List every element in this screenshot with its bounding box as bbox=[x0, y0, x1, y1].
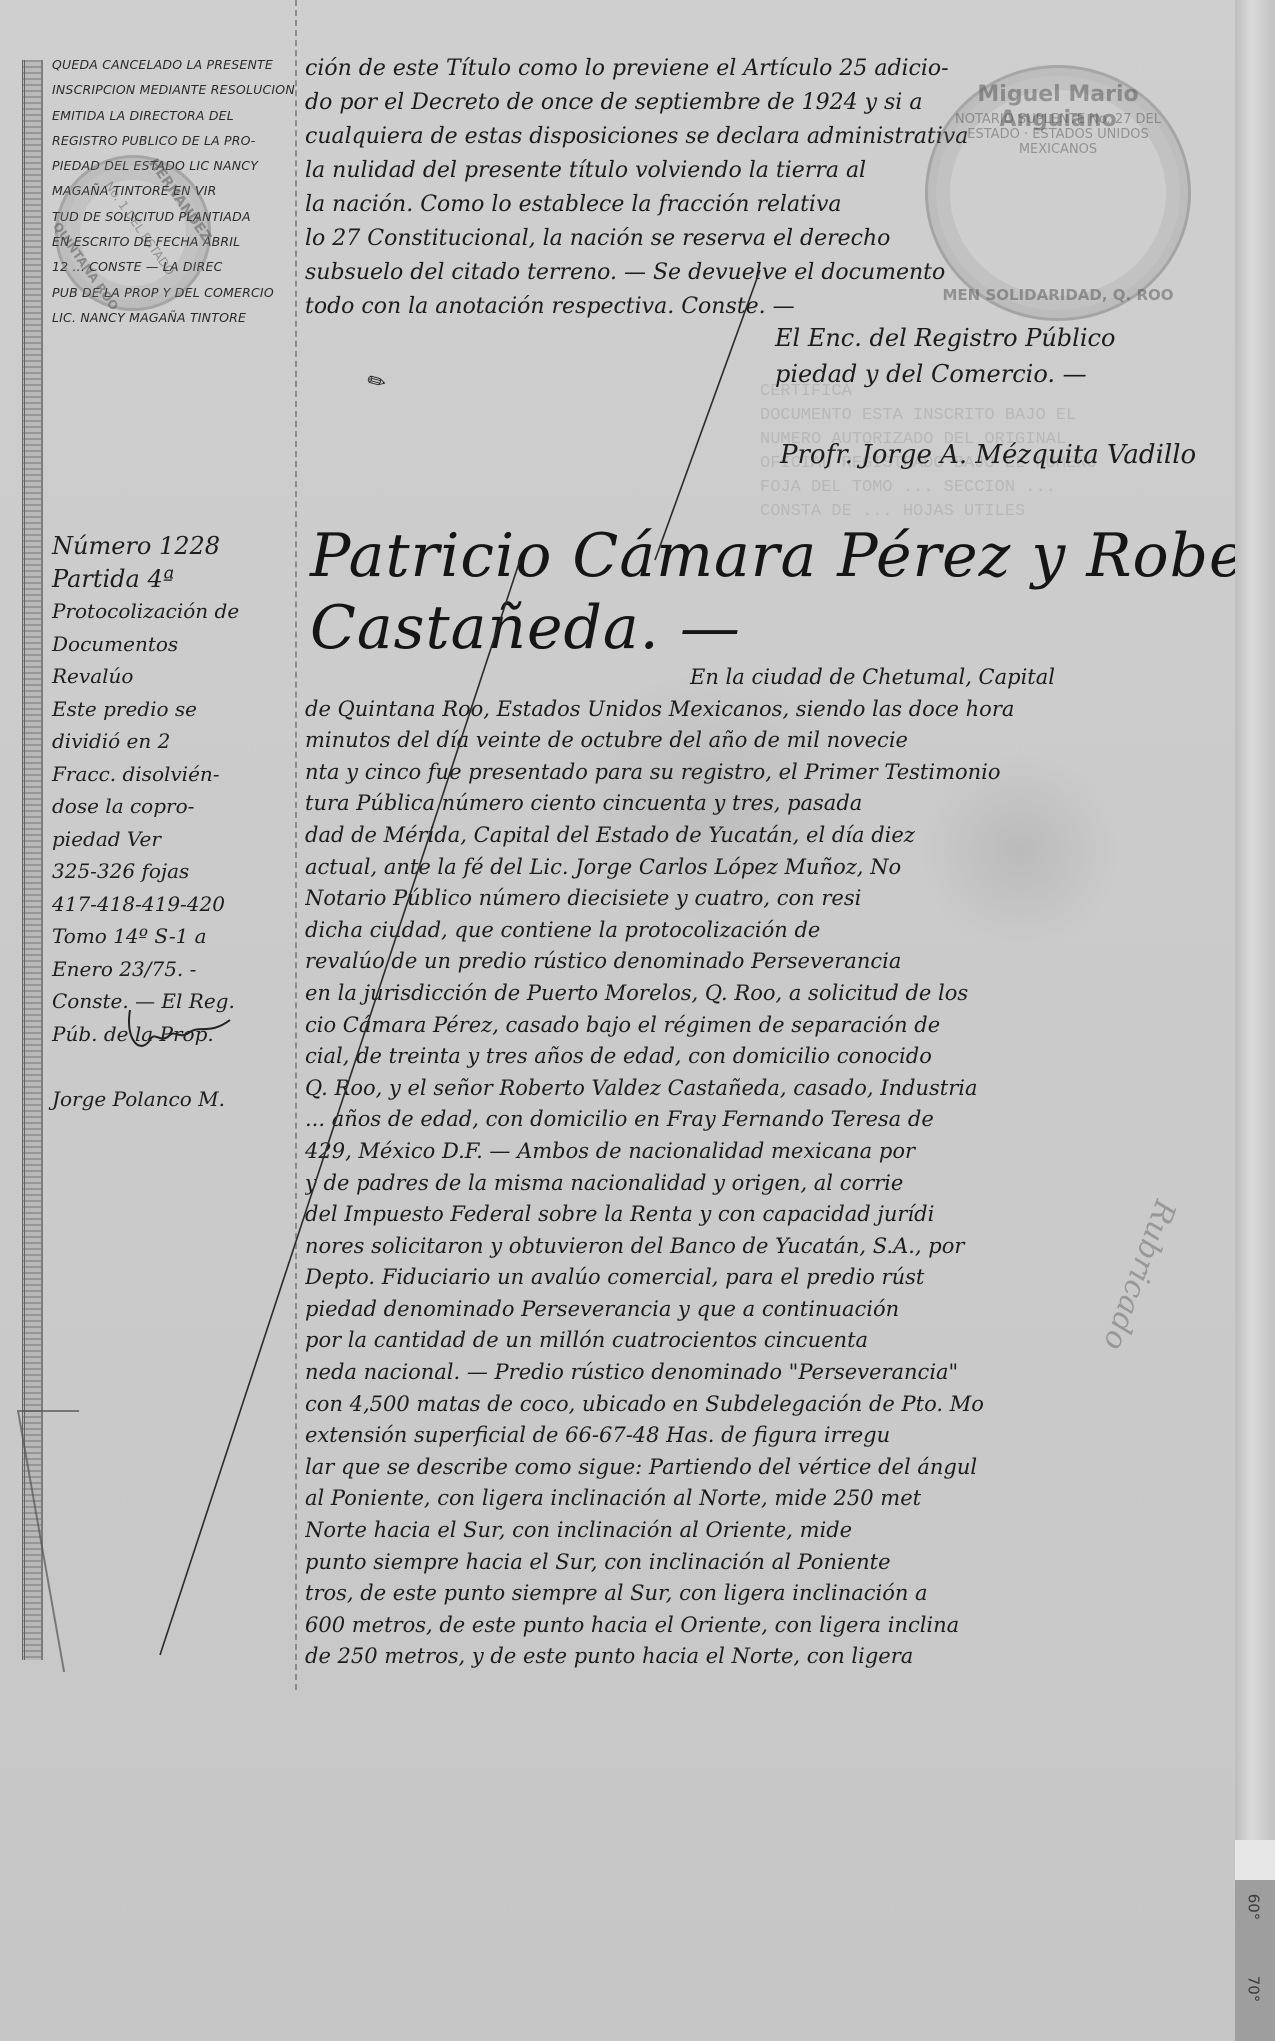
registry-note-line: Tomo 14º S-1 a bbox=[52, 920, 297, 953]
text-line: punto siempre hacia el Sur, con inclinac… bbox=[305, 1547, 1215, 1579]
text-line: y de padres de la misma nacionalidad y o… bbox=[305, 1168, 1215, 1200]
text-line: de 250 metros, y de este punto hacia el … bbox=[305, 1641, 1215, 1673]
registry-note-line: Protocolización de bbox=[52, 595, 297, 628]
registry-note-line: dividió en 2 bbox=[52, 725, 297, 758]
text-line: nta y cinco fue presentado para su regis… bbox=[305, 757, 1215, 789]
ruler-mark-70: 70° bbox=[1245, 1976, 1263, 2003]
registry-note-line: Documentos bbox=[52, 628, 297, 661]
ghost-line: DOCUMENTO ESTA INSCRITO BAJO EL bbox=[760, 404, 1230, 428]
text-line: Notario Público número diecisiete y cuat… bbox=[305, 883, 1215, 915]
party-names-heading: Patricio Cámara Pérez y Roberto V Castañ… bbox=[310, 520, 1275, 664]
text-line: Norte hacia el Sur, con inclinación al O… bbox=[305, 1515, 1215, 1547]
text-line: Q. Roo, y el señor Roberto Valdez Castañ… bbox=[305, 1073, 1215, 1105]
registry-note-line: dose la copro- bbox=[52, 790, 297, 823]
heading-line: Patricio Cámara Pérez y Roberto V bbox=[310, 520, 1275, 592]
text-line: del Impuesto Federal sobre la Renta y co… bbox=[305, 1199, 1215, 1231]
closing-statement: El Enc. del Registro Público piedad y de… bbox=[775, 320, 1115, 392]
text-line: de Quintana Roo, Estados Unidos Mexicano… bbox=[305, 694, 1215, 726]
closing-line: piedad y del Comercio. — bbox=[775, 356, 1115, 392]
text-line: en la jurisdicción de Puerto Morelos, Q.… bbox=[305, 978, 1215, 1010]
registry-note-line: 417-418-419-420 bbox=[52, 888, 297, 921]
registry-note-line: Este predio se bbox=[52, 693, 297, 726]
scan-edge-strip bbox=[1235, 0, 1275, 2041]
text-line: revalúo de un predio rústico denominado … bbox=[305, 946, 1215, 978]
text-line: 429, México D.F. — Ambos de nacionalidad… bbox=[305, 1136, 1215, 1168]
registry-note-line: 325-326 fojas bbox=[52, 855, 297, 888]
text-line: actual, ante la fé del Lic. Jorge Carlos… bbox=[305, 852, 1215, 884]
text-line: cio Cámara Pérez, casado bajo el régimen… bbox=[305, 1010, 1215, 1042]
registry-number: Número 1228 bbox=[52, 530, 297, 563]
text-line: 600 metros, de este punto hacia el Orien… bbox=[305, 1610, 1215, 1642]
deed-body-text: En la ciudad de Chetumal, Capital de Qui… bbox=[305, 662, 1215, 1673]
text-line: cial, de treinta y tres años de edad, co… bbox=[305, 1041, 1215, 1073]
text-line: lar que se describe como sigue: Partiend… bbox=[305, 1452, 1215, 1484]
text-line: Depto. Fiduciario un avalúo comercial, p… bbox=[305, 1262, 1215, 1294]
registry-note-line: Revalúo bbox=[52, 660, 297, 693]
text-line: nores solicitaron y obtuvieron del Banco… bbox=[305, 1231, 1215, 1263]
margin-note-line: INSCRIPCION MEDIANTE RESOLUCION bbox=[52, 77, 302, 102]
text-line: tura Pública número ciento cincuenta y t… bbox=[305, 788, 1215, 820]
registry-signature: Jorge Polanco M. bbox=[52, 1083, 297, 1116]
registrar-signature-scrawl-icon bbox=[120, 1000, 240, 1060]
ghost-line: FOJA DEL TOMO ... SECCION ... bbox=[760, 476, 1230, 500]
closing-line: El Enc. del Registro Público bbox=[775, 320, 1115, 356]
text-line: minutos del día veinte de octubre del añ… bbox=[305, 725, 1215, 757]
heading-line: Castañeda. — bbox=[310, 592, 1275, 664]
registry-note-line: piedad Ver bbox=[52, 823, 297, 856]
registry-partida: Partida 4ª bbox=[52, 563, 297, 596]
margin-note-line: QUEDA CANCELADO LA PRESENTE bbox=[52, 52, 302, 77]
margin-note-line: LIC. NANCY MAGAÑA TINTORE bbox=[52, 305, 302, 330]
margin-note-line: REGISTRO PUBLICO DE LA PRO- bbox=[52, 128, 302, 153]
text-line: ... años de edad, con domicilio en Fray … bbox=[305, 1104, 1215, 1136]
registry-note-line: Enero 23/75. - bbox=[52, 953, 297, 986]
text-line: dad de Mérida, Capital del Estado de Yuc… bbox=[305, 820, 1215, 852]
document-page: CERTIFICA DOCUMENTO ESTA INSCRITO BAJO E… bbox=[0, 0, 1235, 2041]
scan-edge-highlight bbox=[1235, 1840, 1275, 1880]
signer-signature: Profr. Jorge A. Mézquita Vadillo bbox=[780, 440, 1196, 470]
text-line: tros, de este punto siempre al Sur, con … bbox=[305, 1578, 1215, 1610]
text-line: extensión superficial de 66-67-48 Has. d… bbox=[305, 1420, 1215, 1452]
registry-note-line: Fracc. disolvién- bbox=[52, 758, 297, 791]
stamp-text: NOTARIO SUPLENTE No. 27 DEL ESTADO · EST… bbox=[928, 112, 1188, 157]
notary-seal-stamp: Miguel Mario Anguiano NOTARIO SUPLENTE N… bbox=[925, 65, 1191, 321]
margin-note-line: EMITIDA LA DIRECTORA DEL bbox=[52, 103, 302, 128]
ruler-mark-60: 60° bbox=[1245, 1894, 1263, 1921]
text-line: En la ciudad de Chetumal, Capital bbox=[305, 662, 1215, 694]
stamp-text: MEN SOLIDARIDAD, Q. ROO bbox=[928, 286, 1188, 304]
text-line: dicha ciudad, que contiene la protocoliz… bbox=[305, 915, 1215, 947]
pen-mark-icon: ✎ bbox=[363, 367, 391, 398]
text-line: al Poniente, con ligera inclinación al N… bbox=[305, 1483, 1215, 1515]
